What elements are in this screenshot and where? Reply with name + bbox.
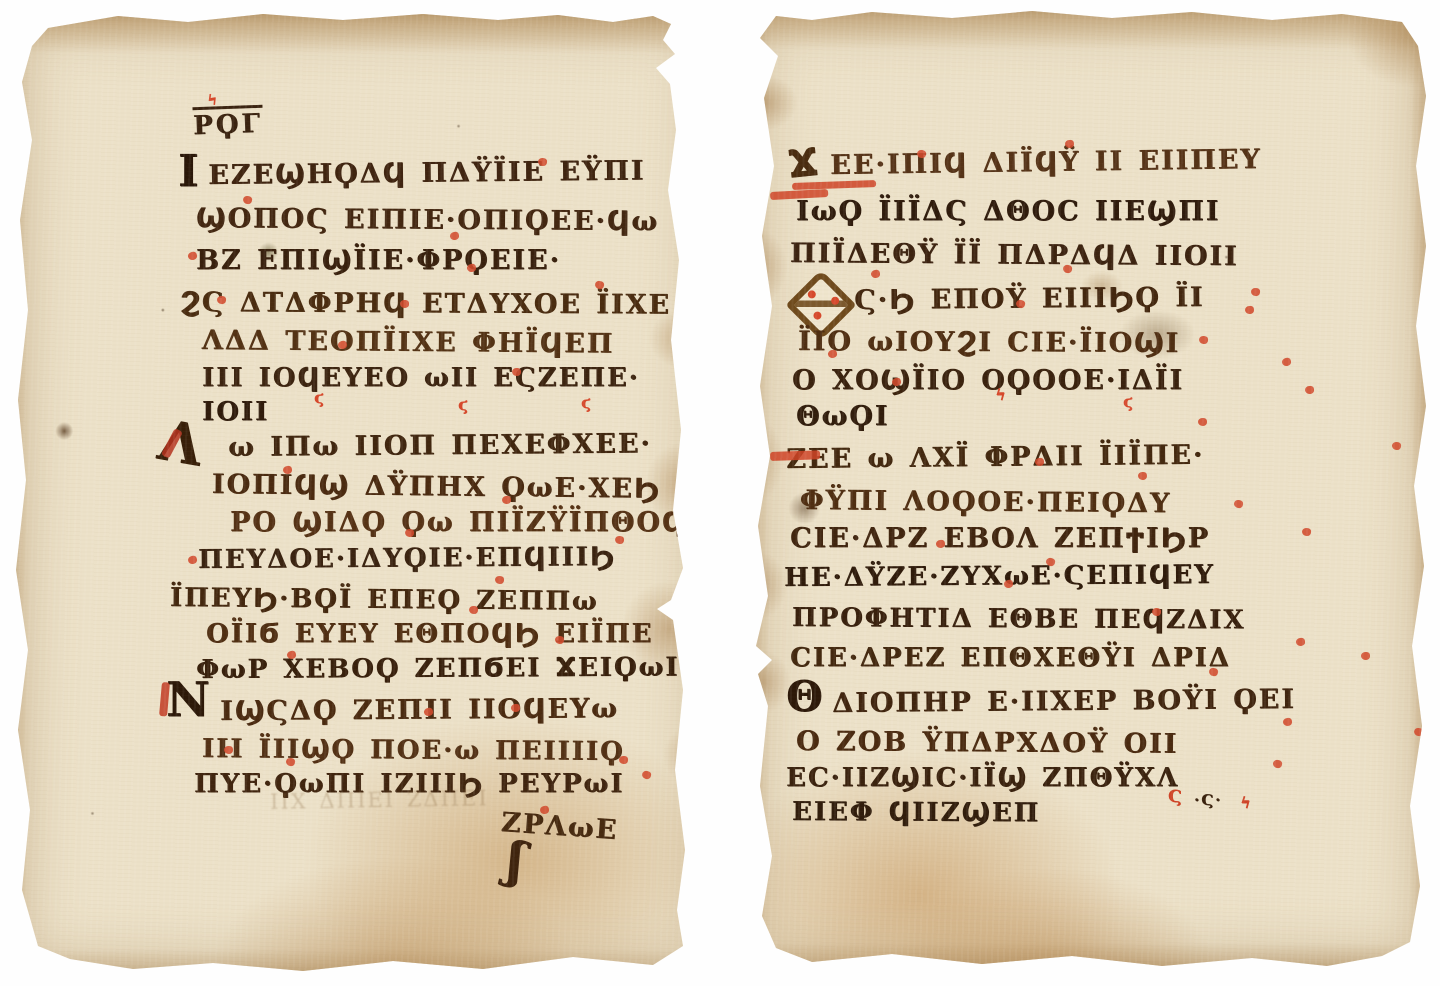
red-dot xyxy=(615,536,625,545)
red-dot xyxy=(449,231,459,241)
red-dot xyxy=(1250,287,1260,296)
red-dot xyxy=(555,636,565,645)
manuscript-text-line: ΦωΡ ΧΕΒΟϘ ΖΕΠϬΕΙ ϪΕΙϘωΙ xyxy=(196,654,679,683)
manuscript-text-line: ΪΠΕΥϦ·ΒϘΪ ΕΠΕϘ ΖΕΠΠω xyxy=(170,585,599,615)
red-dot xyxy=(502,495,512,504)
left-page: ΡϘΓ ΙΕΖΕϢΗϘΔϤ ΠΔΫΪΙΕ ΕΫΠΙϢΟΠΟϚ ΕΙΠΙΕ·ΟΠΙ… xyxy=(8,10,712,978)
red-dot xyxy=(1199,336,1209,345)
red-dot xyxy=(1413,653,1423,662)
red-dot xyxy=(400,300,409,308)
red-dot xyxy=(285,757,295,767)
red-dot xyxy=(405,529,415,538)
manuscript-text-line: ΙΙΙ ΙΟϤΕΥΕΟ ωΙΙ ΕϚΖΕΠΕ· xyxy=(202,365,640,391)
red-dot xyxy=(1272,759,1282,769)
manuscript-text-line: ΕΖΕϢΗϘΔϤ ΠΔΫΪΙΕ ΕΫΠΙ xyxy=(208,157,645,189)
red-dot xyxy=(1208,667,1219,677)
red-dot xyxy=(495,576,505,585)
red-dot xyxy=(619,756,628,764)
rubric-mark: Ϛ xyxy=(1168,789,1184,806)
red-dot xyxy=(469,606,478,614)
red-dot xyxy=(538,158,548,167)
red-dot xyxy=(1392,442,1402,451)
manuscript-text-line: ΛΔΔ ΤΕΟΠΪΙΧΕ ΦΗΪϤΕΠ xyxy=(202,327,615,358)
red-dot xyxy=(1198,418,1207,426)
manuscript-text-line: ω ΙΠω ΙΙΟΠ ΠΕΧΕΦΧΕΕ· xyxy=(228,430,652,461)
red-dot xyxy=(641,770,652,780)
red-dot xyxy=(1233,499,1243,508)
red-underline xyxy=(770,450,820,461)
red-dot xyxy=(1305,386,1315,395)
red-dot xyxy=(1152,608,1162,617)
manuscript-text-line: ΕC·ΙΙΖϢΙC·ΙΪϢ ΖΠΘΫΧΛ xyxy=(786,765,1179,791)
end-mark: ·Ϛ· xyxy=(1194,793,1222,808)
rubric-mark: ϛ xyxy=(314,390,326,406)
manuscript-text-line: ΦΫΠΙ ΛΟϘΟΕ·ΠΕΙϘΔΥ xyxy=(800,487,1171,517)
red-dot xyxy=(1245,306,1255,315)
red-dot xyxy=(1361,652,1370,660)
manuscript-text-line: CΙΕ·ΔΡΕΖ ΕΠΘΧΕΘΫΙ ΔΡΙΔ xyxy=(790,645,1231,671)
manuscript-text-line: ΟΪΙϬ ΕΥΕΥ ΕΘΠΟϤϦ ΕΙΪΠΕ xyxy=(206,621,653,647)
manuscript-text-line: ΒΖ ΕΠΙϢΪΙΕ·ΦΡϘΕΙΕ· xyxy=(196,247,561,274)
manuscript-text-line: ΠΙΪΔΕΘΫ ΪΪ ΠΔΡΔϤΔ ΙΙΟΙΙ xyxy=(790,240,1239,270)
manuscript-text-line: ΕΕ·ΙΠΙϤ ΔΙΪϤΫ ΙΙ ΕΙΙΠΕΥ xyxy=(830,146,1262,179)
rubric-mark: ϛ xyxy=(1123,394,1135,410)
red-dot xyxy=(1296,637,1306,646)
flourish: ʃ xyxy=(502,834,532,887)
initial-n: Ν xyxy=(166,676,212,724)
rubric-mark: ϛ xyxy=(458,397,470,413)
manuscript-text-line: Ϛ·Ϧ ΕΠΟΫ ΕΙΙΙϦϘ ΪΙ xyxy=(854,284,1205,314)
manuscript-text-line: ϨϚ ΔΤΔΦΡΗϤ ΕΤΔΥΧΟΕ ΪΙΧΕ xyxy=(180,289,671,319)
red-dot xyxy=(870,269,880,279)
initial-th: Θ xyxy=(786,676,825,718)
left-page-text-block: ΙΕΖΕϢΗϘΔϤ ΠΔΫΪΙΕ ΕΫΠΙϢΟΠΟϚ ΕΙΠΙΕ·ΟΠΙϘΕΕ·… xyxy=(8,10,712,978)
manuscript-text-line: ΙΟΠΙϤϢ ΔΫΠΗΧ ϘωΕ·ΧΕϦ xyxy=(212,471,661,503)
manuscript-text-line: ΠΡΟΦΗΤΙΔ ΕΘΒΕ ΠΕϤΖΔΙΧ xyxy=(792,605,1246,633)
red-dot xyxy=(827,349,838,359)
manuscript-text-line: ΖΕΕ ω ΛΧΪ ΦΡΔΙΙ ΪΙΪΠΕ· xyxy=(786,442,1204,473)
red-dot xyxy=(511,704,521,713)
manuscript-text-line: ΪΙΟ ωΙΟΥϨΙ CΙΕ·ΪΙΟϢΙ xyxy=(798,328,1180,357)
manuscript-text-line: ΙϢϚΔϘ ΖΕΠΙΙ ΙΙΟϤΕΥω xyxy=(220,695,619,725)
red-dot xyxy=(512,368,521,376)
red-dot xyxy=(1281,357,1292,367)
manuscript-scan: ΡϘΓ ΙΕΖΕϢΗϘΔϤ ΠΔΫΪΙΕ ΕΫΠΙϢΟΠΟϚ ΕΙΠΙΕ·ΟΠΙ… xyxy=(0,0,1440,986)
red-dot xyxy=(1138,472,1147,480)
manuscript-text-line: ΙΟΙΙ xyxy=(202,399,269,425)
manuscript-text-line: ΔΙΟΠΗΡ Ε·ΙΙΧΕΡ ΒΟΫΙ ϘΕΙ xyxy=(832,686,1296,717)
rubric-mark: ϛ xyxy=(581,395,593,411)
manuscript-text-line: Ο ΖΟΒ ΫΠΔΡΧΔΟΫ ΟΙΙ xyxy=(796,728,1178,758)
ghost-impression: ΙΙΧ ΔΙΙΙΕΙ ΖΔΙΙΕΙ xyxy=(270,788,489,813)
manuscript-text-line: ΠΕΥΔΟΕ·ΙΔΥϘΙΕ·ΕΠϤΙΙΙϦ xyxy=(198,544,616,573)
manuscript-text-line: Ο ΧΟϢΪΙΟ ΟϘΟΟΕ·ΙΔΪΙ xyxy=(792,367,1184,394)
rubric-mark: ϟ xyxy=(995,387,1008,403)
manuscript-text-line: ΗΕ·ΔΫΖΕ·ΖΥΧωΕ·ϚΕΠΙϤΕΥ xyxy=(784,562,1215,591)
rubric-mark: ϟ xyxy=(206,92,220,109)
red-dot xyxy=(1413,727,1423,736)
right-page: ϪΕΕ·ΙΠΙϤ ΔΙΪϤΫ ΙΙ ΕΙΙΠΕΥΙωϘ ΪΙΪΔϚ ΔΘΟC Ι… xyxy=(742,6,1434,972)
red-dot xyxy=(187,555,198,565)
initial-l: Λ xyxy=(154,412,208,475)
manuscript-text-line: CΙΕ·ΔΡΖ ΕΒΟΛ ΖΕΠϮΙϦΡ xyxy=(790,525,1210,552)
manuscript-text-line: ΙωϘ ΪΙΪΔϚ ΔΘΟC ΙΙΕϢΠΙ xyxy=(796,198,1220,225)
red-dot xyxy=(1065,140,1075,149)
red-dot xyxy=(1035,458,1045,467)
manuscript-text-line: ΡΟ ϢΙΔϘ Ϙω ΠΙΪΖΫΪΠΘΟϤ xyxy=(230,509,686,536)
red-dot xyxy=(1302,528,1312,537)
manuscript-text-line: ΕΙΕΦ ϤΙΙΖϢΕΠ xyxy=(792,799,1040,826)
rubric-mark: ϟ xyxy=(1240,795,1253,811)
manuscript-text-line: ϢΟΠΟϚ ΕΙΠΙΕ·ΟΠΙϘΕΕ·Ϥω xyxy=(196,205,659,235)
right-page-text-block: ϪΕΕ·ΙΠΙϤ ΔΙΪϤΫ ΙΙ ΕΙΙΠΕΥΙωϘ ΪΙΪΔϚ ΔΘΟC Ι… xyxy=(742,6,1434,972)
red-dot xyxy=(224,746,233,754)
manuscript-text-line: ΙΙΙ ΪΙΙϢϘ ΠΟΕ·ω ΠΕΙΙΙΙϘ xyxy=(202,736,625,765)
initial-d: Ϫ xyxy=(786,143,822,184)
red-dot xyxy=(1282,717,1292,726)
manuscript-text-line: ΘωϘΙ xyxy=(796,403,889,430)
red-dot xyxy=(1062,264,1072,274)
initial-i: Ι xyxy=(178,150,201,194)
red-underline xyxy=(792,180,876,190)
